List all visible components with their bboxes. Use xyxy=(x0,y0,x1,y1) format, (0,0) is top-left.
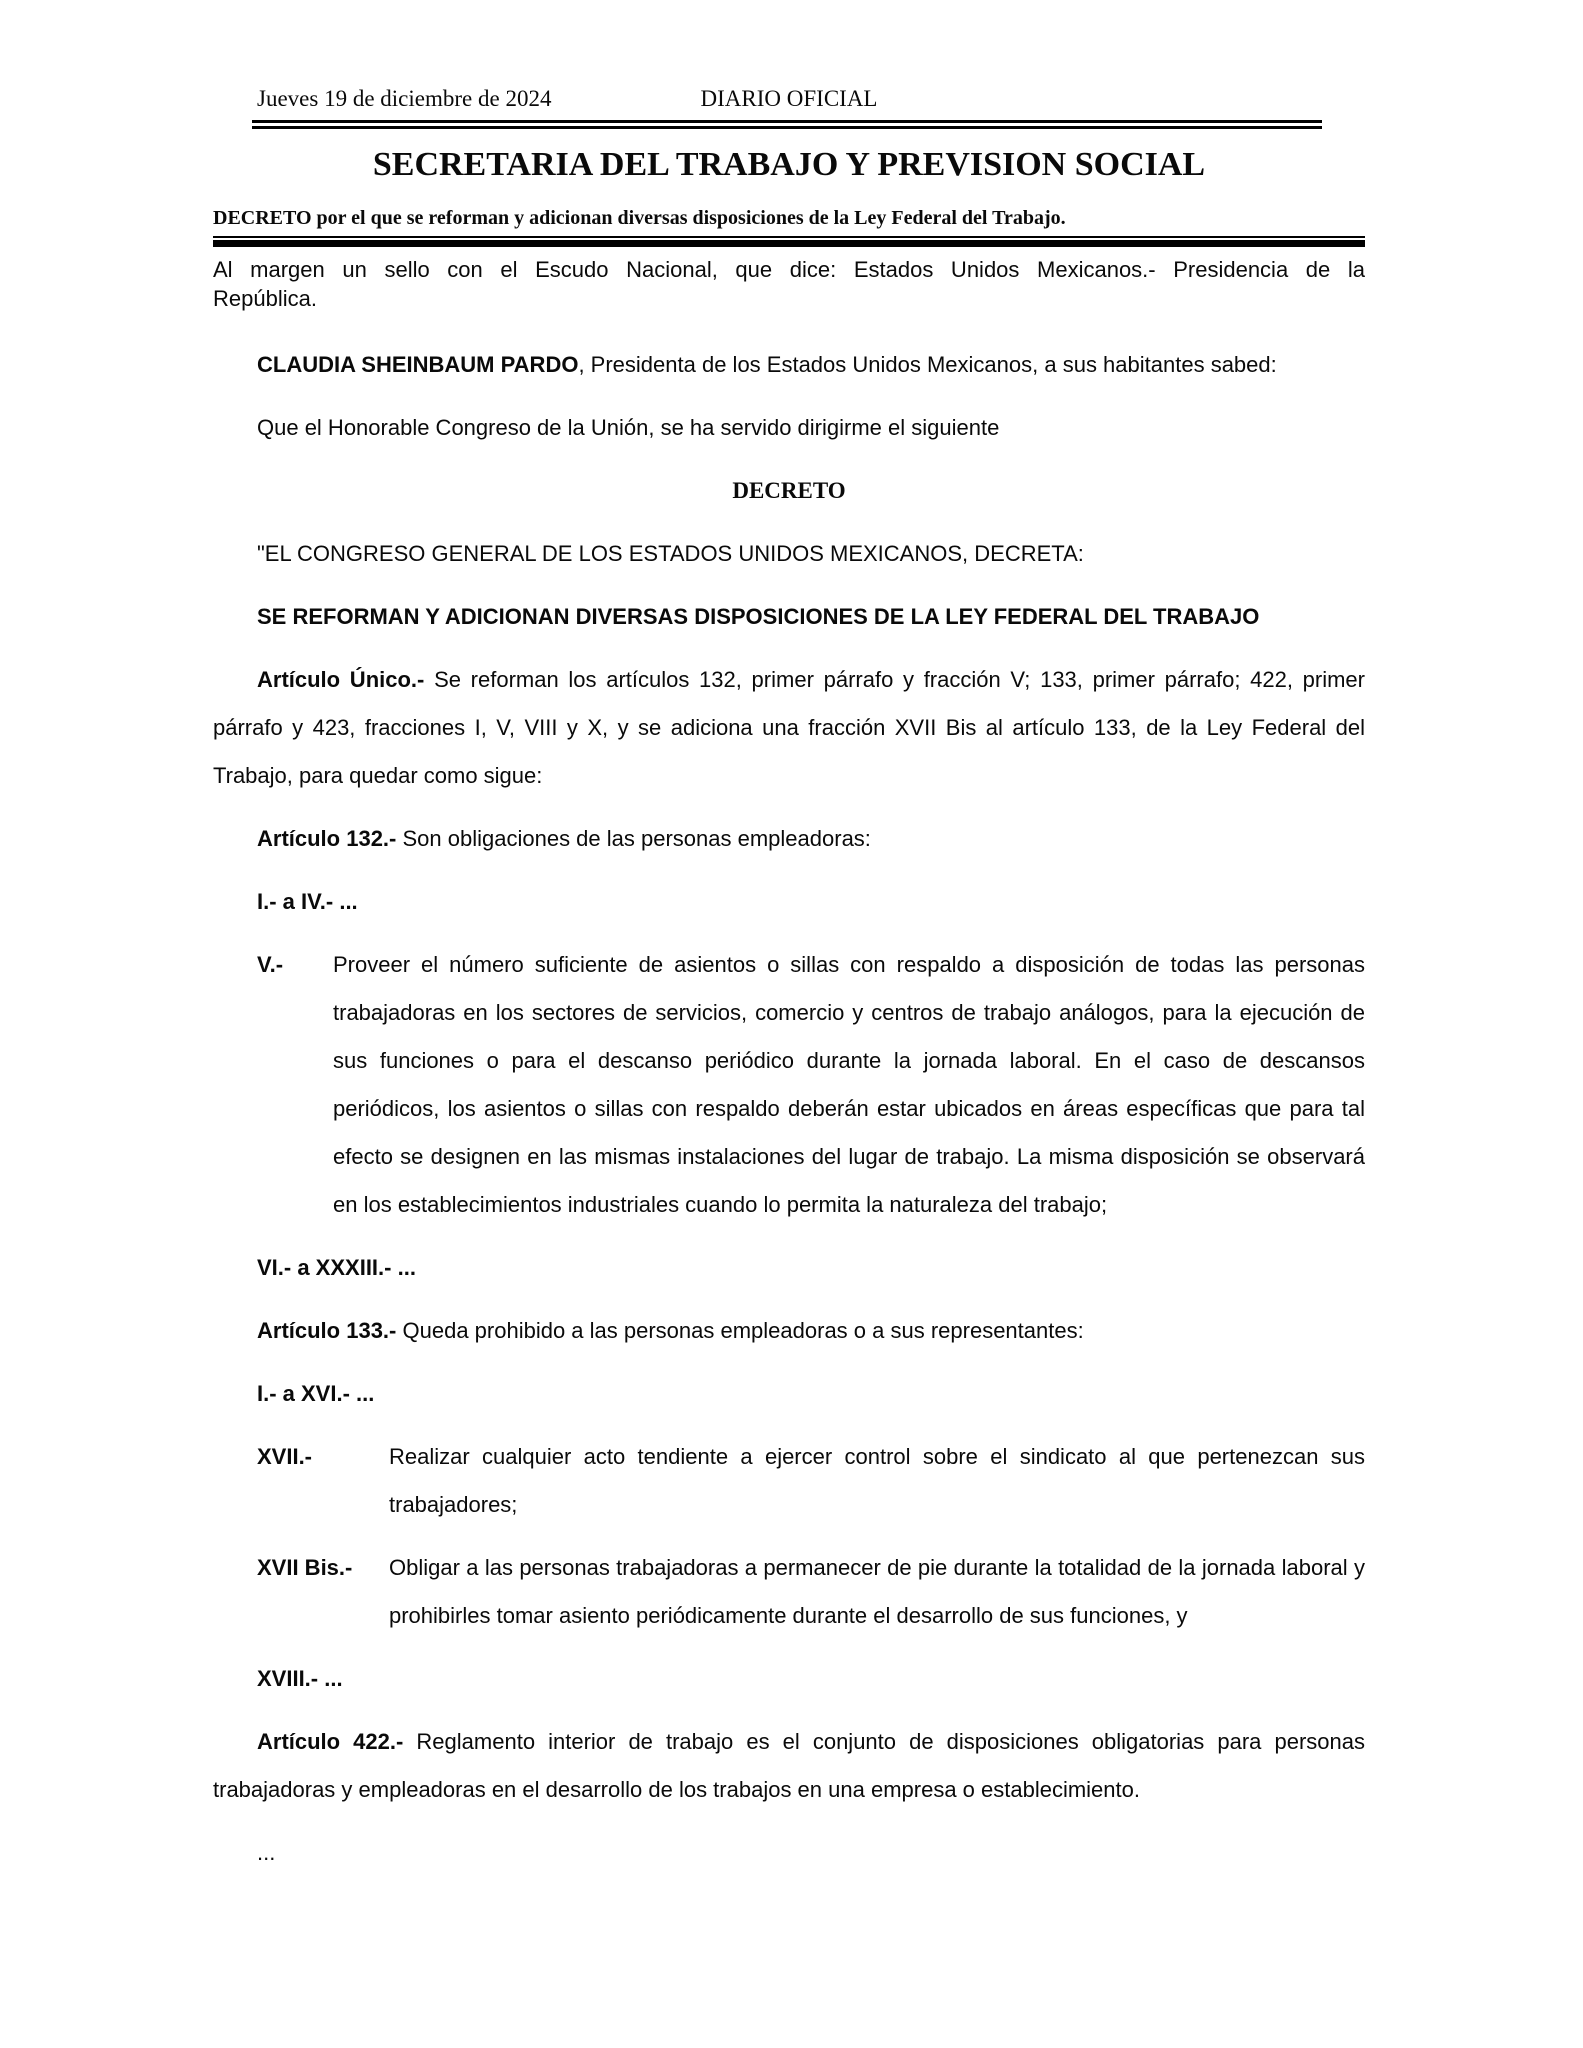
articulo-422-label: Artículo 422.- xyxy=(257,1729,403,1754)
articulo-132-label: Artículo 132.- xyxy=(257,826,396,851)
paragraph-articulo-133: Artículo 133.- Queda prohibido a las per… xyxy=(213,1307,1365,1355)
fraccion-xvii: XVII.-Realizar cualquier acto tendiente … xyxy=(213,1433,1365,1529)
paragraph-congress: Que el Honorable Congreso de la Unión, s… xyxy=(213,404,1365,452)
fraccion-xvii-bis-text: Obligar a las personas trabajadoras a pe… xyxy=(389,1555,1365,1628)
fraccion-v-text: Proveer el número suficiente de asientos… xyxy=(333,952,1365,1217)
decree-word: DECRETO xyxy=(213,467,1365,515)
paragraph-articulo-422: Artículo 422.- Reglamento interior de tr… xyxy=(213,1718,1365,1814)
paragraph-proclamation: CLAUDIA SHEINBAUM PARDO, Presidenta de l… xyxy=(213,341,1365,389)
fraccion-xvii-bis-label: XVII Bis.- xyxy=(257,1544,389,1592)
decree-heading-rule xyxy=(213,236,1365,247)
fraccion-vi-a-xxxiii: VI.- a XXXIII.- ... xyxy=(213,1244,1365,1292)
articulo-133-label: Artículo 133.- xyxy=(257,1318,396,1343)
header-publication: DIARIO OFICIAL xyxy=(701,86,878,112)
header-date: Jueves 19 de diciembre de 2024 xyxy=(257,86,551,111)
articulo-133-text: Queda prohibido a las personas empleador… xyxy=(403,1318,1084,1343)
header-double-rule xyxy=(252,120,1322,129)
articulo-unico-label: Artículo Único.- xyxy=(257,667,424,692)
proclamation-rest: , Presidenta de los Estados Unidos Mexic… xyxy=(578,352,1276,377)
proclamation-name: CLAUDIA SHEINBAUM PARDO xyxy=(257,352,578,377)
document-page: Jueves 19 de diciembre de 2024 DIARIO OF… xyxy=(0,0,1583,2048)
fraccion-xvii-label: XVII.- xyxy=(257,1433,389,1481)
paragraph-al-margen: Al margen un sello con el Escudo Naciona… xyxy=(213,255,1365,313)
fraccion-xvii-text: Realizar cualquier acto tendiente a ejer… xyxy=(389,1444,1365,1517)
fraccion-xvii-bis: XVII Bis.-Obligar a las personas trabaja… xyxy=(213,1544,1365,1640)
reform-heading: SE REFORMAN Y ADICIONAN DIVERSAS DISPOSI… xyxy=(213,593,1365,641)
fraccion-i-a-xvi: I.- a XVI.- ... xyxy=(213,1370,1365,1418)
articulo-132-text: Son obligaciones de las personas emplead… xyxy=(403,826,871,851)
decree-heading: DECRETO por el que se reforman y adicion… xyxy=(213,205,1365,231)
paragraph-articulo-unico: Artículo Único.- Se reforman los artícul… xyxy=(213,656,1365,800)
paragraph-decreta: "EL CONGRESO GENERAL DE LOS ESTADOS UNID… xyxy=(213,530,1365,578)
fraccion-v-label: V.- xyxy=(257,941,333,989)
paragraph-ellipsis: ... xyxy=(213,1829,1365,1877)
page-header: Jueves 19 de diciembre de 2024 DIARIO OF… xyxy=(213,86,1365,112)
fraccion-v: V.-Proveer el número suficiente de asien… xyxy=(213,941,1365,1229)
page-title: SECRETARIA DEL TRABAJO Y PREVISION SOCIA… xyxy=(213,145,1365,185)
fraccion-xviii: XVIII.- ... xyxy=(213,1655,1365,1703)
paragraph-articulo-132: Artículo 132.- Son obligaciones de las p… xyxy=(213,815,1365,863)
fraccion-i-a-iv: I.- a IV.- ... xyxy=(213,878,1365,926)
